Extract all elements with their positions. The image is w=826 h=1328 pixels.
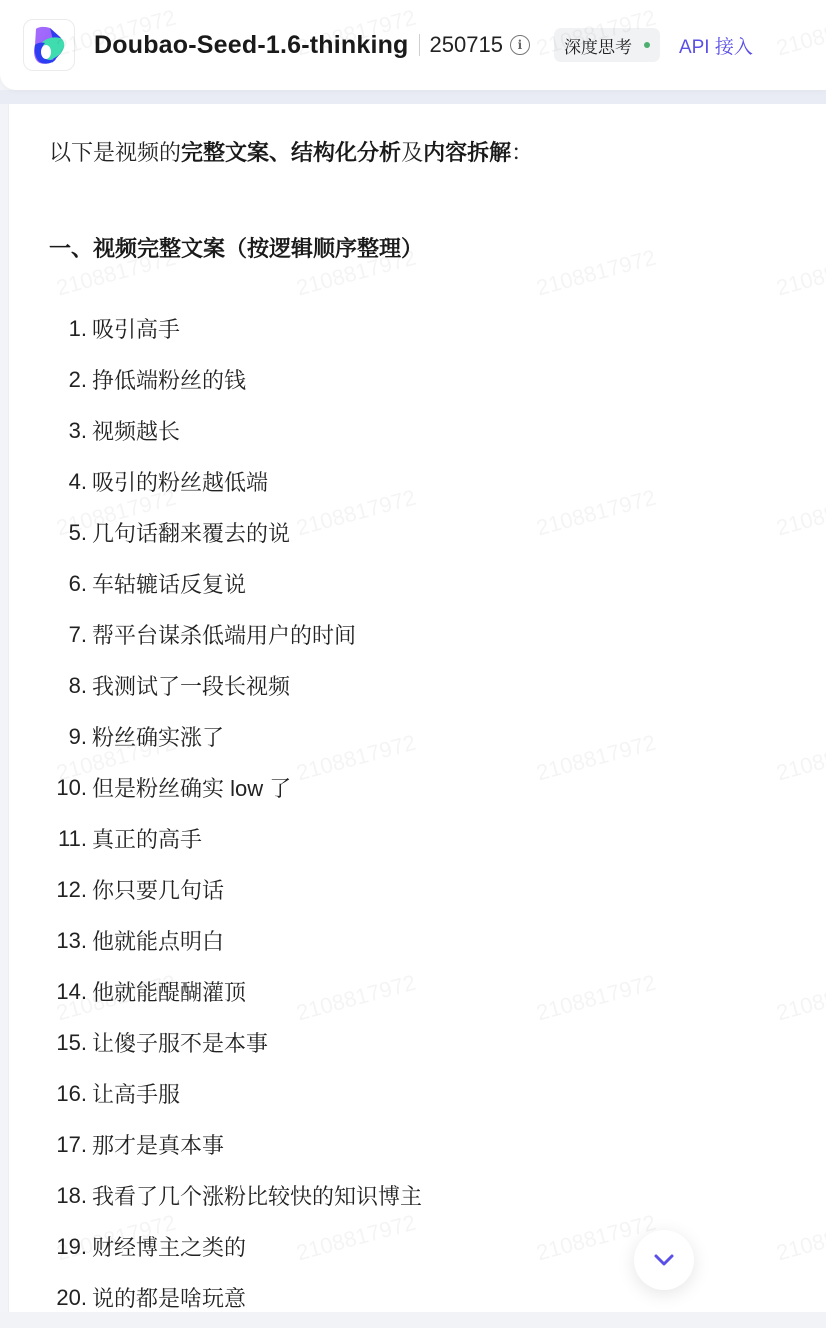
item-text: 视频越长 bbox=[92, 415, 180, 446]
api-access-link[interactable]: API 接入 bbox=[679, 32, 753, 59]
list-item: 4.吸引的粉丝越低端 bbox=[9, 456, 268, 507]
item-number: 4. bbox=[9, 469, 87, 495]
list-item: 10.但是粉丝确实 low 了 bbox=[9, 762, 291, 813]
doubao-logo bbox=[23, 19, 75, 71]
item-text: 车轱辘话反复说 bbox=[92, 568, 246, 599]
list-item: 16.让高手服 bbox=[9, 1068, 180, 1119]
model-version: 250715 bbox=[430, 32, 503, 58]
item-text: 他就能醍醐灌顶 bbox=[92, 976, 246, 1007]
list-item: 7.帮平台谋杀低端用户的时间 bbox=[9, 609, 356, 660]
list-item: 19.财经博主之类的 bbox=[9, 1221, 246, 1272]
list-item: 11.真正的高手 bbox=[9, 813, 202, 864]
list-item: 2.挣低端粉丝的钱 bbox=[9, 354, 246, 405]
item-number: 12. bbox=[9, 877, 87, 903]
intro-text: 及 bbox=[401, 140, 423, 165]
list-item: 3.视频越长 bbox=[9, 405, 180, 456]
list-item: 9.粉丝确实涨了 bbox=[9, 711, 224, 762]
item-text: 几句话翻来覆去的说 bbox=[92, 517, 290, 548]
item-number: 15. bbox=[9, 1030, 87, 1056]
list-item: 17.那才是真本事 bbox=[9, 1119, 224, 1170]
bottom-input-edge bbox=[0, 1312, 826, 1328]
list-item: 8.我测试了一段长视频 bbox=[9, 660, 290, 711]
intro-bold-text: 完整文案 bbox=[181, 140, 269, 165]
header-shadow-band bbox=[0, 90, 826, 104]
list-item: 1.吸引高手 bbox=[9, 303, 180, 354]
model-name: Doubao-Seed-1.6-thinking bbox=[94, 31, 409, 60]
item-text: 他就能点明白 bbox=[92, 925, 224, 956]
item-text: 让傻子服不是本事 bbox=[92, 1027, 268, 1058]
item-number: 19. bbox=[9, 1234, 87, 1260]
intro-text: ： bbox=[511, 140, 533, 165]
item-text: 让高手服 bbox=[92, 1078, 180, 1109]
item-text: 我测试了一段长视频 bbox=[92, 670, 290, 701]
info-icon[interactable]: i bbox=[510, 35, 530, 55]
intro-bold-text: 结构化分析 bbox=[291, 140, 401, 165]
list-item: 13.他就能点明白 bbox=[9, 915, 224, 966]
list-item: 18.我看了几个涨粉比较快的知识博主 bbox=[9, 1170, 422, 1221]
intro-paragraph: 以下是视频的完整文案、结构化分析及内容拆解： bbox=[49, 136, 533, 167]
item-text: 吸引高手 bbox=[92, 313, 180, 344]
deep-thinking-label: 深度思考 bbox=[564, 33, 632, 58]
list-item: 14.他就能醍醐灌顶 bbox=[9, 966, 246, 1017]
list-item: 12.你只要几句话 bbox=[9, 864, 224, 915]
item-number: 18. bbox=[9, 1183, 87, 1209]
item-number: 10. bbox=[9, 775, 87, 801]
scroll-to-bottom-button[interactable] bbox=[634, 1230, 694, 1290]
item-number: 11. bbox=[9, 826, 87, 852]
list-item: 5.几句话翻来覆去的说 bbox=[9, 507, 290, 558]
intro-text: 以下是视频的 bbox=[49, 140, 181, 165]
item-number: 3. bbox=[9, 418, 87, 444]
item-number: 6. bbox=[9, 571, 87, 597]
item-text: 我看了几个涨粉比较快的知识博主 bbox=[92, 1180, 422, 1211]
item-text: 财经博主之类的 bbox=[92, 1231, 246, 1262]
item-number: 7. bbox=[9, 622, 87, 648]
item-number: 8. bbox=[9, 673, 87, 699]
item-number: 13. bbox=[9, 928, 87, 954]
section-heading: 一、视频完整文案（按逻辑顺序整理） bbox=[49, 232, 423, 263]
item-text: 真正的高手 bbox=[92, 823, 202, 854]
item-text: 说的都是啥玩意 bbox=[92, 1282, 246, 1312]
list-item: 15.让傻子服不是本事 bbox=[9, 1017, 268, 1068]
intro-bold-text: 内容拆解 bbox=[423, 140, 511, 165]
intro-bold-text: 、 bbox=[269, 140, 291, 165]
chevron-down-icon bbox=[653, 1253, 675, 1267]
item-text: 但是粉丝确实 low 了 bbox=[92, 772, 291, 803]
item-number: 20. bbox=[9, 1285, 87, 1311]
list-item: 6.车轱辘话反复说 bbox=[9, 558, 246, 609]
status-dot-icon bbox=[644, 42, 650, 48]
item-text: 挣低端粉丝的钱 bbox=[92, 364, 246, 395]
deep-thinking-badge[interactable]: 深度思考 bbox=[554, 28, 660, 62]
header-divider bbox=[419, 34, 420, 56]
model-header: Doubao-Seed-1.6-thinking 250715 i 深度思考 A… bbox=[0, 0, 826, 90]
item-number: 16. bbox=[9, 1081, 87, 1107]
item-text: 帮平台谋杀低端用户的时间 bbox=[92, 619, 356, 650]
item-number: 14. bbox=[9, 979, 87, 1005]
doubao-logo-icon bbox=[30, 25, 68, 65]
item-number: 1. bbox=[9, 316, 87, 342]
item-number: 5. bbox=[9, 520, 87, 546]
item-number: 17. bbox=[9, 1132, 87, 1158]
item-text: 粉丝确实涨了 bbox=[92, 721, 224, 752]
item-text: 吸引的粉丝越低端 bbox=[92, 466, 268, 497]
response-content: 以下是视频的完整文案、结构化分析及内容拆解： 一、视频完整文案（按逻辑顺序整理）… bbox=[8, 104, 826, 1312]
item-number: 9. bbox=[9, 724, 87, 750]
item-text: 那才是真本事 bbox=[92, 1129, 224, 1160]
list-item: 20.说的都是啥玩意 bbox=[9, 1272, 246, 1312]
item-number: 2. bbox=[9, 367, 87, 393]
item-text: 你只要几句话 bbox=[92, 874, 224, 905]
